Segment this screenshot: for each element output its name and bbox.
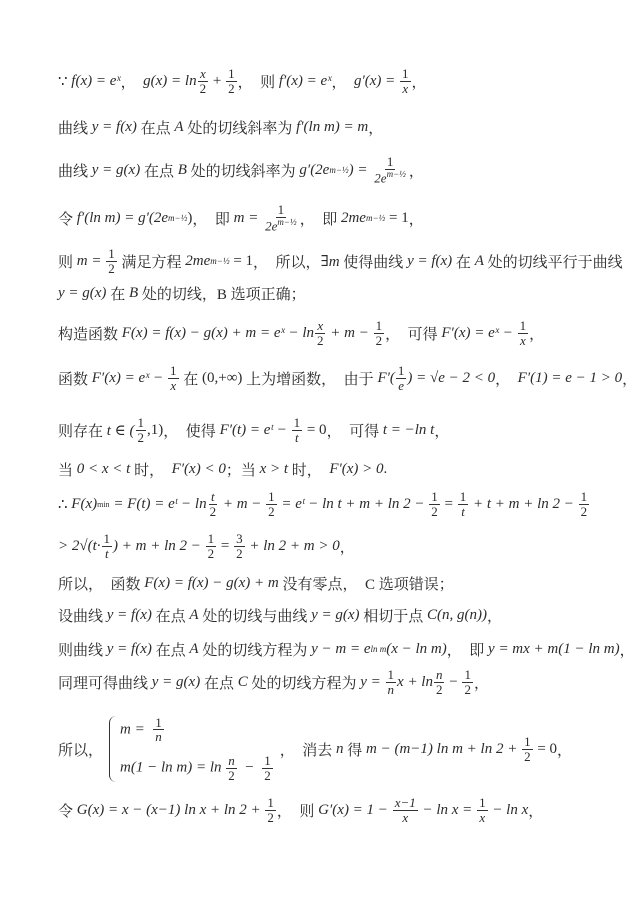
math: C [238, 674, 248, 691]
text: 在点 [152, 605, 190, 626]
text: ， 即 [192, 208, 233, 229]
math: 2me [185, 253, 210, 270]
math: F(x) [71, 496, 97, 513]
math: C(n, g(n)) [427, 607, 487, 624]
text: ， [368, 117, 383, 138]
text: 在点 [137, 117, 175, 138]
math: y = g(x) [152, 674, 200, 691]
math: F(x) = f(x) − g(x) + m = eˣ − ln [122, 325, 314, 342]
math: y = [360, 674, 384, 691]
solution-line-13: 所以， 函数 F(x) = f(x) − g(x) + m 没有零点， C 选项… [58, 568, 454, 598]
math: G′(x) = 1 − [318, 802, 392, 819]
text: 同理可得曲线 [58, 672, 152, 693]
fraction: 1x [400, 67, 411, 95]
fraction: 12em−½ [263, 203, 299, 233]
math: A [189, 641, 198, 658]
math: y = f(x) [92, 119, 137, 136]
exponent: m−½ [210, 256, 229, 266]
math: g′(2e [299, 162, 329, 179]
fraction: 12 [522, 735, 533, 763]
text: 处的切线与曲线 [199, 605, 312, 626]
exponent: ln m [370, 644, 386, 654]
text: ， 则 [277, 800, 318, 821]
text: 上为增函数， 由于 [242, 368, 377, 389]
text: 在 [106, 283, 129, 304]
fraction: 1x [168, 364, 179, 392]
fraction: 12 [226, 67, 237, 95]
text: 构造函数 [58, 323, 122, 344]
exponent: m−½ [366, 213, 385, 223]
text: ， [620, 639, 635, 660]
math: m = [234, 210, 262, 227]
solution-line-9: 则存在 t ∈ ( 12 ,1) ， 使得 F′(t) = eᵗ − 1t = … [58, 410, 449, 450]
fraction: 1t [458, 490, 469, 518]
text: ， 则 [238, 71, 279, 92]
text: ， [557, 739, 572, 760]
math: A [475, 253, 484, 270]
math: F′(x) = eˣ − [441, 325, 516, 342]
text: 得 [343, 739, 366, 760]
fraction: 12 [265, 796, 276, 824]
text: ， [487, 605, 502, 626]
fraction: 1t [102, 532, 113, 560]
text: 在点 [152, 639, 190, 660]
math: B [178, 162, 187, 179]
solution-line-4: 令 f′(ln m) = g′(2em−½ ) ， 即 m = 12em−½ ，… [58, 198, 424, 238]
text: ， [528, 800, 543, 821]
text: 处的切线斜率为 [184, 117, 297, 138]
text: 令 [58, 800, 77, 821]
math: > 2√(t· [58, 538, 101, 555]
math: = 1 [230, 253, 253, 270]
text: 处的切线方程为 [199, 639, 312, 660]
text: ， [434, 420, 449, 441]
math: ,1) [147, 422, 163, 439]
math: 0 < x < t [77, 461, 131, 478]
text: 曲线 [58, 160, 92, 181]
fraction: 12 [106, 247, 117, 275]
math: ) = [349, 162, 372, 179]
fraction: 1e [396, 364, 407, 392]
text: ， [529, 323, 544, 344]
fraction: n2 [434, 668, 445, 696]
math: ) = √e − 2 < 0 [407, 370, 495, 387]
text: 所以， 函数 [58, 573, 144, 594]
text: ， [331, 71, 354, 92]
solution-line-2: 曲线 y = f(x) 在点 A 处的切线斜率为 f′(ln m) = m ， [58, 112, 383, 142]
text: ， [409, 208, 424, 229]
math: + m − [327, 325, 373, 342]
fraction: x2 [315, 319, 326, 347]
text: ， 即 [447, 639, 488, 660]
math: y = g(x) [311, 607, 359, 624]
fraction: 12 [206, 532, 217, 560]
text: 处的切线，B 选项正确； [138, 283, 306, 304]
text: ， [412, 71, 427, 92]
math: A [174, 119, 183, 136]
text: ， 使得 [163, 420, 219, 441]
solution-line-14: 设曲线 y = f(x) 在点 A 处的切线与曲线 y = g(x) 相切于点 … [58, 600, 502, 630]
math: = [217, 538, 233, 555]
fraction: 12 [462, 668, 473, 696]
fraction: 12 [579, 490, 590, 518]
text: ∴ [58, 495, 71, 514]
math: t = −ln t [383, 422, 435, 439]
text: 使得曲线 [340, 251, 408, 272]
math: f′(x) = eˣ [279, 73, 332, 90]
fraction: 1x [477, 796, 488, 824]
math: = 0 [534, 741, 557, 758]
math: − [445, 674, 461, 691]
solution-line-6: y = g(x) 在 B 处的切线，B 选项正确； [58, 278, 306, 308]
math: x + ln [397, 674, 433, 691]
text: ， [474, 672, 489, 693]
text: 时， [288, 459, 329, 480]
subscript: min [97, 500, 109, 509]
text: 设曲线 [58, 605, 107, 626]
math: (0,+∞) [202, 370, 242, 387]
text: ；当 [226, 459, 260, 480]
equation-system: m = 1n m(1 − ln m) = ln n2 − 12 [109, 716, 274, 783]
math: = eᵗ − ln t + m + ln 2 − [278, 496, 429, 513]
solution-line-5: 则 m = 12 满足方程 2mem−½ = 1 ， 所以， ∃m 使得曲线 y… [58, 246, 623, 276]
text: ， 消去 [280, 739, 336, 760]
text: 则曲线 [58, 639, 107, 660]
math: F′( [377, 370, 394, 387]
math: g(x) = ln [143, 73, 196, 90]
solution-line-1: ∵ f(x) = eˣ ， g(x) = ln x2 + 12 ， 则 f′(x… [58, 66, 427, 96]
math: G(x) = x − (x−1) ln x + ln 2 + [77, 802, 265, 819]
text: ， 可得 [327, 420, 383, 441]
text: 在点 [200, 672, 238, 693]
solution-line-16: 同理可得曲线 y = g(x) 在点 C 处的切线方程为 y = 1n x + … [58, 664, 489, 700]
fraction: 12 [266, 490, 277, 518]
math: f′(ln m) = g′(2e [77, 210, 168, 227]
text: ， 可得 [385, 323, 441, 344]
text: 处的切线方程为 [248, 672, 361, 693]
math: = 0 [303, 422, 326, 439]
text: ， [121, 71, 144, 92]
text: 在 [452, 251, 475, 272]
text: ， [495, 368, 518, 389]
math: g′(x) = [354, 73, 399, 90]
math: F′(x) = eˣ − [92, 370, 167, 387]
math: y = g(x) [58, 285, 106, 302]
math: B [129, 285, 138, 302]
system-row-2: m(1 − ln m) = ln n2 − 12 [120, 754, 274, 782]
math: − ln x [489, 802, 529, 819]
text: 所以， [58, 739, 103, 760]
text: 处的切线斜率为 [187, 160, 300, 181]
text: 则存在 [58, 420, 107, 441]
solution-line-11: ∴ F(x)min = F(t) = eᵗ − ln t2 + m − 12 =… [58, 484, 590, 524]
math: + t + m + ln 2 − [469, 496, 577, 513]
text: ∵ [58, 72, 71, 91]
math: + [209, 73, 225, 90]
solution-line-3: 曲线 y = g(x) 在点 B 处的切线斜率为 g′(2em−½ ) = 12… [58, 150, 424, 190]
math: y = g(x) [92, 162, 140, 179]
math: y = mx + m(1 − ln m) [488, 641, 620, 658]
text: ， [409, 160, 424, 181]
text: ， 即 [300, 208, 341, 229]
solution-line-12: > 2√(t· 1t ) + m + ln 2 − 12 = 32 + ln 2… [58, 526, 355, 566]
text: 曲线 [58, 117, 92, 138]
math: F′(x) > 0 [329, 461, 383, 478]
text: 在 [180, 368, 203, 389]
math: ) + m + ln 2 − [113, 538, 205, 555]
fraction: x−1x [393, 796, 418, 824]
text: 没有零点， C 选项错误； [279, 573, 454, 594]
exponent: m−½ [168, 213, 187, 223]
text: 处的切线平行于曲线 [484, 251, 623, 272]
fraction: 12 [429, 490, 440, 518]
fraction: 12 [374, 319, 385, 347]
text: 令 [58, 208, 77, 229]
math: y − m = e [311, 641, 370, 658]
text: 函数 [58, 368, 92, 389]
math: y = f(x) [107, 641, 152, 658]
math: ∃m [321, 252, 340, 271]
solution-line-7: 构造函数 F(x) = f(x) − g(x) + m = eˣ − ln x2… [58, 318, 544, 348]
fraction: 1t [292, 416, 303, 444]
solution-line-18: 令 G(x) = x − (x−1) ln x + ln 2 + 12 ， 则 … [58, 790, 543, 830]
solution-line-10: 当 0 < x < t 时， F′(x) < 0 ；当 x > t 时， F′(… [58, 454, 387, 484]
fraction: 1x [518, 319, 529, 347]
solution-line-17: 所以， m = 1n m(1 − ln m) = ln n2 − 12 ， 消去… [58, 712, 572, 786]
math: f′(ln m) = m [296, 119, 368, 136]
math: x > t [260, 461, 288, 478]
text: ， [622, 368, 637, 389]
math: F′(x) < 0 [172, 461, 226, 478]
math: = F(t) = eᵗ − ln [110, 496, 207, 513]
math: n [336, 741, 344, 758]
fraction: 12 [136, 416, 147, 444]
fraction: 12em−½ [372, 155, 408, 185]
math: f(x) = eˣ [71, 73, 120, 90]
math: A [189, 607, 198, 624]
math: m = [77, 253, 105, 270]
text: 当 [58, 459, 77, 480]
math: − ln x = [419, 802, 476, 819]
text: . [384, 461, 388, 478]
math: y = f(x) [107, 607, 152, 624]
text: ， [340, 536, 355, 557]
math: + m − [219, 496, 265, 513]
math: F(x) = f(x) − g(x) + m [144, 575, 278, 592]
fraction: 1n [386, 668, 397, 696]
fraction: 32 [234, 532, 245, 560]
math: m − (m−1) ln m + ln 2 + [366, 741, 521, 758]
solution-line-8: 函数 F′(x) = eˣ − 1x 在 (0,+∞) 上为增函数， 由于 F′… [58, 358, 637, 398]
text: ， 所以， [253, 251, 321, 272]
fraction: t2 [208, 490, 219, 518]
exponent: m−½ [329, 165, 348, 175]
fraction: x2 [198, 67, 209, 95]
math: = 1 [385, 210, 408, 227]
math: y = f(x) [407, 253, 452, 270]
math: F′(1) = e − 1 > 0 [518, 370, 622, 387]
math: t ∈ ( [107, 421, 135, 440]
system-row-1: m = 1n [120, 716, 274, 744]
math: 2me [341, 210, 366, 227]
text: 时， [130, 459, 171, 480]
text: 则 [58, 251, 77, 272]
solution-line-15: 则曲线 y = f(x) 在点 A 处的切线方程为 y − m = eln m … [58, 634, 635, 664]
math: (x − ln m) [386, 641, 447, 658]
text: 在点 [140, 160, 178, 181]
math: = [441, 496, 457, 513]
math: + ln 2 + m > 0 [246, 538, 340, 555]
math: F′(t) = eᵗ − [220, 422, 291, 439]
text: 满足方程 [118, 251, 186, 272]
text: 相切于点 [360, 605, 428, 626]
left-brace-icon [109, 716, 116, 783]
